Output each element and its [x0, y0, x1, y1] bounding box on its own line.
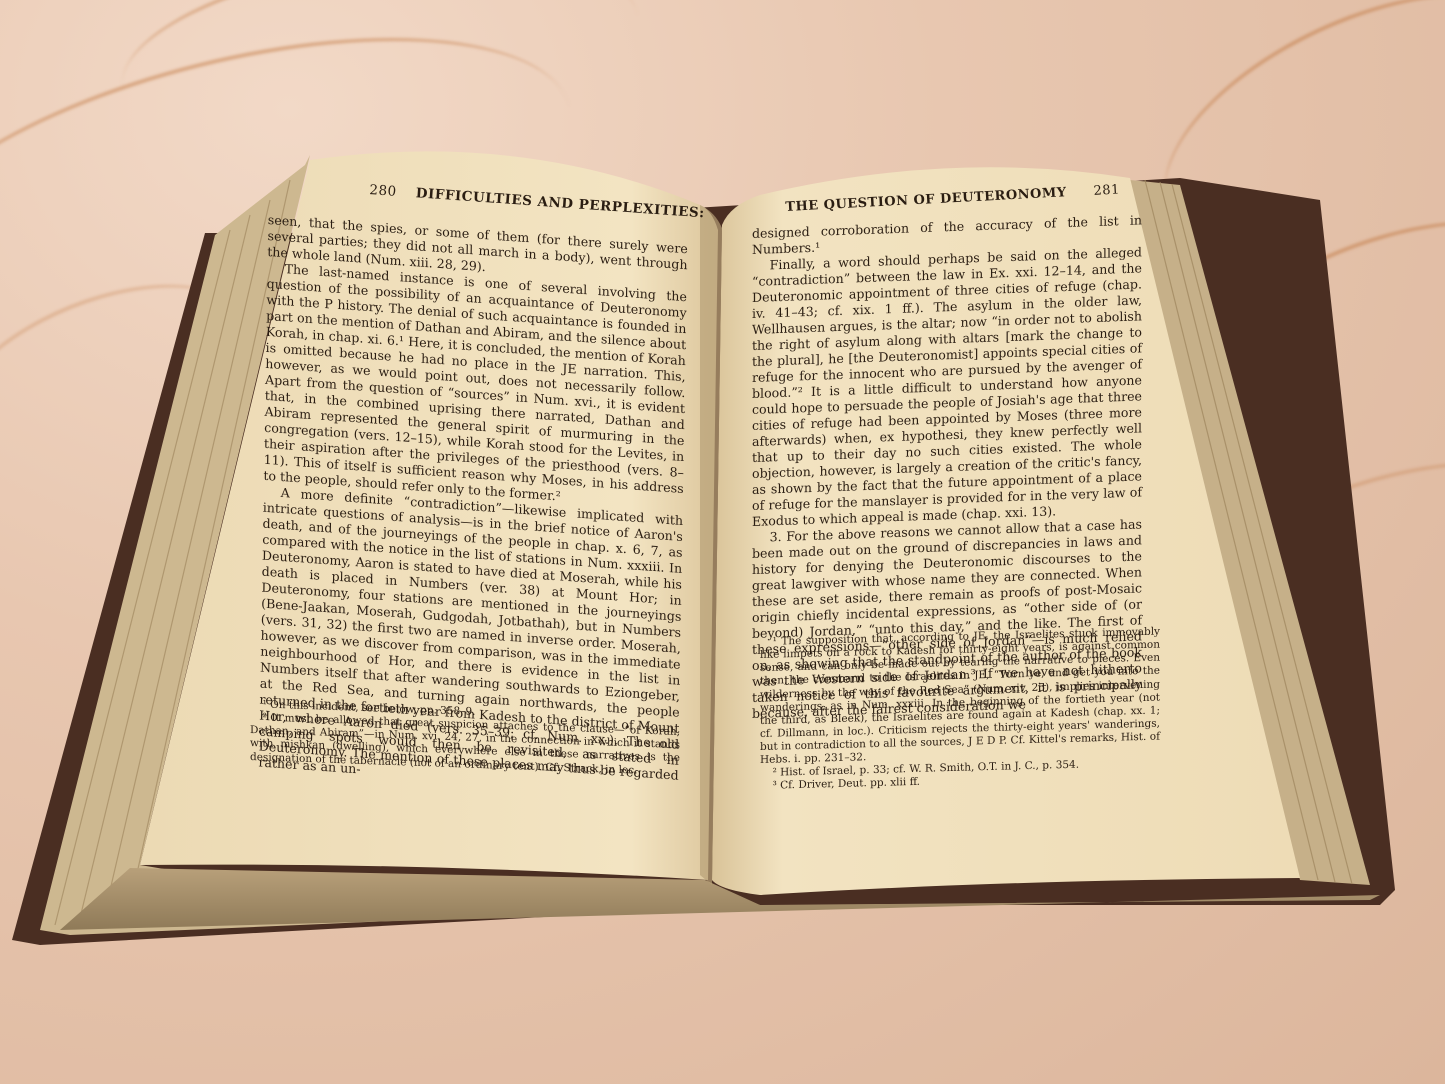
open-book [0, 0, 1445, 1084]
right-footnotes: ¹ The supposition that, according to JE,… [760, 626, 1160, 794]
paragraph: Finally, a word should perhaps be said o… [752, 244, 1142, 529]
footnote: ¹ The supposition that, according to JE,… [760, 626, 1160, 768]
paragraph: The last-named instance is one of severa… [263, 260, 687, 513]
right-page-number: 281 [1093, 182, 1120, 198]
left-page-number: 280 [369, 182, 397, 200]
